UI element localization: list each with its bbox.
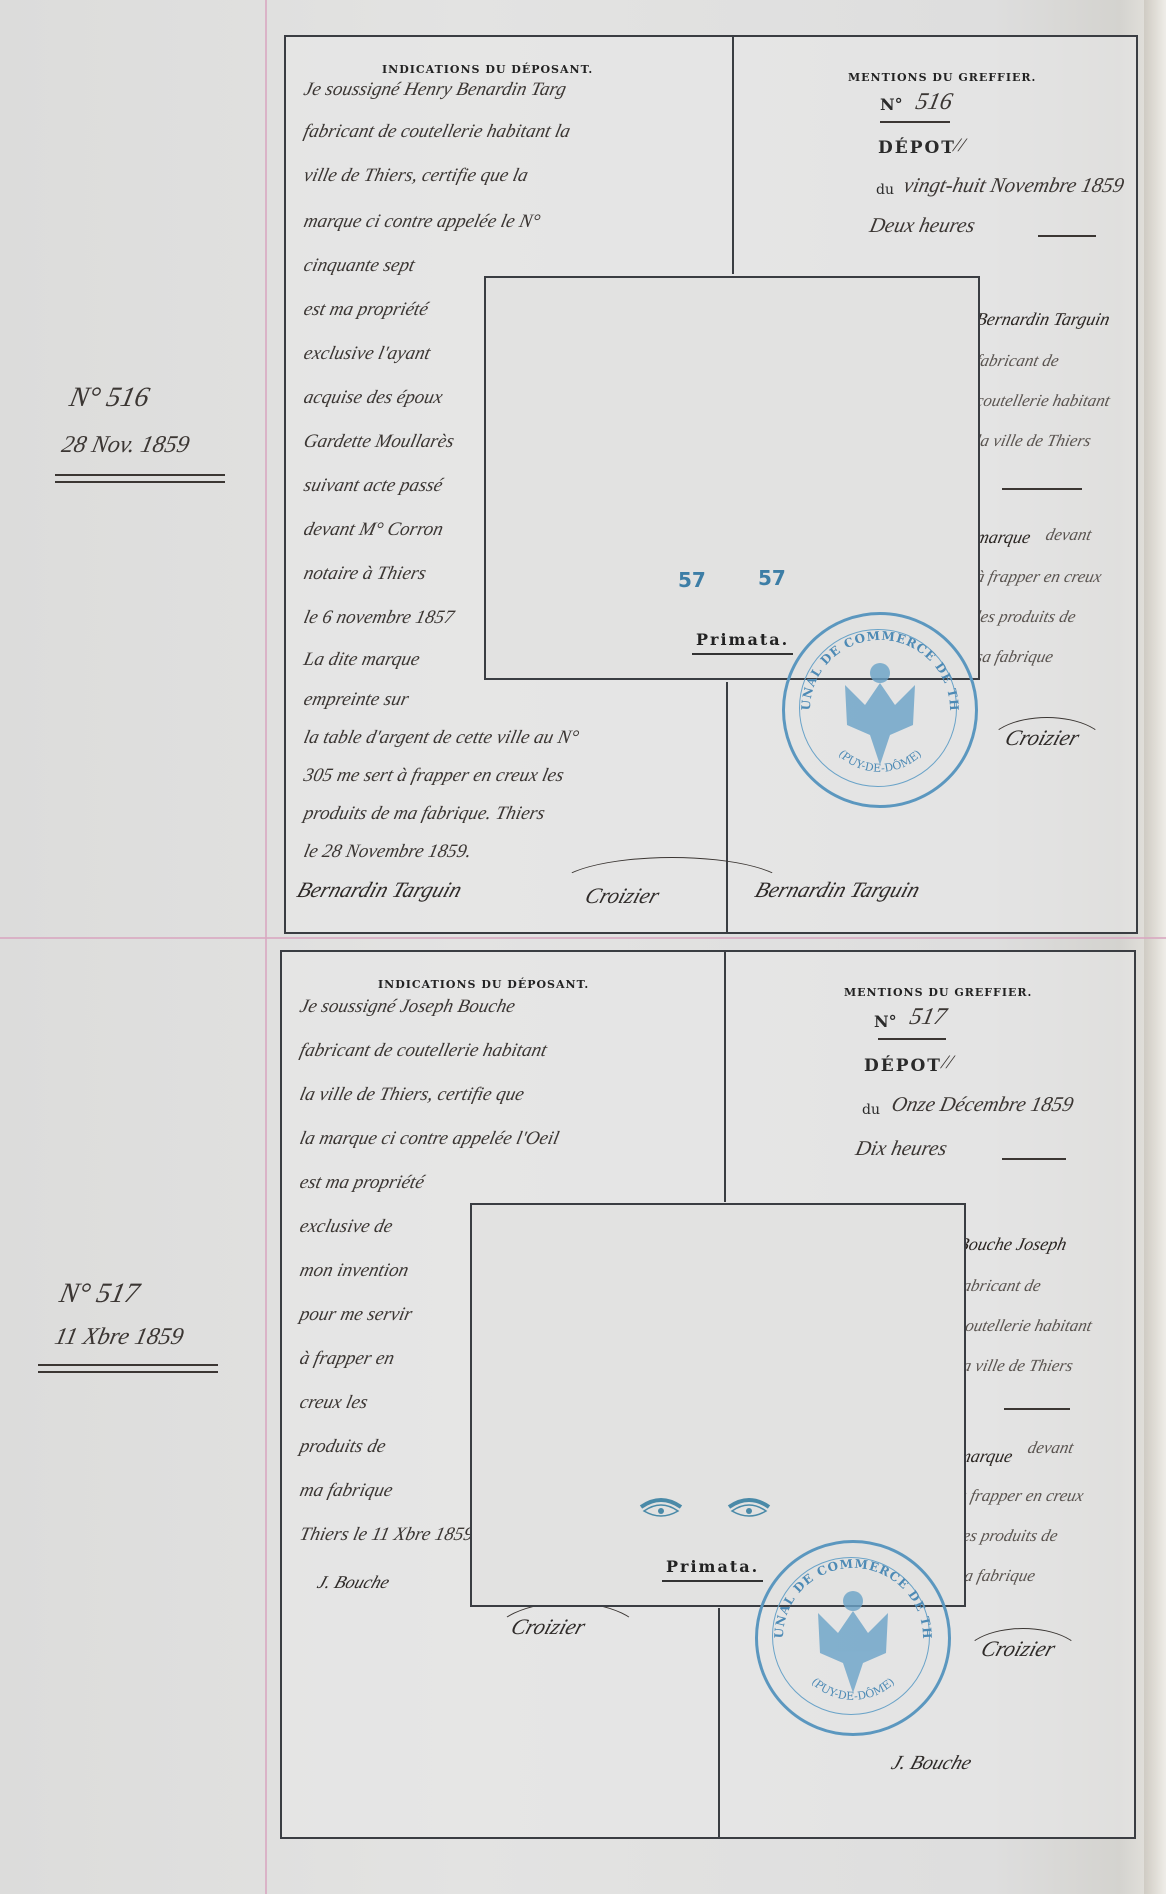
deposant-line: empreinte sur [302,689,411,711]
mark-caption: Primata. [662,1557,763,1582]
number-underline [878,1038,946,1040]
marque-line: sa fabrique [956,1566,1037,1586]
deposant-line: ville de Thiers, certifie que la [302,165,530,187]
deposant-line: produits de ma fabrique. Thiers [302,803,547,825]
signature-flourish [962,1628,1084,1690]
marque-label: marque [974,527,1033,548]
mark-impression: 57 [758,566,786,590]
deposant-line: est ma propriété [302,299,431,321]
margin-rule [55,474,225,483]
deposant-line: la table d'argent de cette ville au N° [302,727,581,749]
margin-entry-date: 11 Xbre 1859 [52,1324,186,1351]
marque-line: à frapper en creux [956,1486,1086,1506]
du-label: du [862,1102,880,1118]
deposant-line: Thiers le 11 Xbre 1859. [298,1524,481,1546]
deposant-line: suivant acte passé [302,475,445,497]
depot-label: DÉPOT [864,1056,942,1076]
deposant-line: acquise des époux [302,387,445,409]
deposant-line: pour me servir [298,1304,415,1326]
margin-entry-date: 28 Nov. 1859 [59,432,192,459]
depositor-line: coutellerie habitant [974,391,1112,411]
deposant-line: creux les [298,1392,370,1414]
deposant-line: la ville de Thiers, certifie que [298,1084,526,1106]
depot-label: DÉPOT [878,138,956,158]
deposant-line: mon invention [298,1260,411,1282]
deposant-line: La dite marque [302,649,422,671]
depositor-signature-right: Bernardin Targuin [752,877,924,903]
deposant-line: notaire à Thiers [302,563,428,585]
section-rule [1004,1408,1070,1410]
eagle-seal-icon: TRIBUNAL DE COMMERCE DE THIERS (PUY-DE-D… [785,615,975,805]
deposant-line: cinquante sept [302,255,417,277]
marque-line: sa fabrique [974,647,1055,667]
depositor-signature: Bernardin Targuin [294,877,466,903]
deposant-line: produits de [298,1436,388,1458]
margin-ruling-horizontal [0,937,1166,939]
signature-flourish [556,857,788,919]
deposant-line: exclusive l'ayant [302,343,433,365]
marque-line: à frapper en creux [974,567,1104,587]
deposit-date: vingt-huit Novembre 1859 [901,173,1126,198]
deposant-line: à frapper en [298,1348,397,1370]
deposant-line: ma fabrique [298,1480,395,1502]
time-rule [1038,235,1096,237]
signature-flourish [492,1602,644,1674]
register-page: N° 516 28 Nov. 1859 INDICATIONS DU DÉPOS… [0,0,1166,1894]
time-rule [1002,1158,1066,1160]
eagle-seal-icon: TRIBUNAL DE COMMERCE DE THIERS (PUY-DE-D… [758,1543,948,1733]
marque-line: devant [1044,525,1094,545]
eye-mark-icon [726,1495,772,1521]
eye-mark-icon [638,1495,684,1521]
margin-rule [38,1364,218,1373]
deposant-line: fabricant de coutellerie habitant [298,1040,549,1062]
deposant-line: 305 me sert à frapper en creux les [302,765,566,787]
margin-entry-number: N° 516 [67,382,153,414]
deposant-line: Gardette Moullarès [302,431,456,453]
deposant-line: est ma propriété [298,1172,427,1194]
depositor-line: la ville de Thiers [956,1356,1075,1376]
marque-line: les produits de [956,1526,1060,1546]
depositor-line: coutellerie habitant [956,1316,1094,1336]
deposant-line: fabricant de coutellerie habitant la [302,121,573,143]
deposant-line: Je soussigné Henry Benardin Targ [302,79,568,101]
tribunal-stamp: TRIBUNAL DE COMMERCE DE THIERS (PUY-DE-D… [755,1540,951,1736]
deposant-line: la marque ci contre appelée l'Oeil [298,1128,561,1150]
column-divider-top [732,37,734,274]
deposant-line: Je soussigné Joseph Bouche [298,996,517,1018]
signature-flourish [986,717,1108,779]
deposant-header: INDICATIONS DU DÉPOSANT. [382,63,593,76]
deposant-line: marque ci contre appelée le N° [302,211,542,233]
number-value: 517 [907,1004,949,1031]
marque-line: les produits de [974,607,1078,627]
depositor-name: Bouche Joseph [956,1234,1069,1255]
deposit-time: Dix heures [853,1136,949,1161]
tribunal-stamp: TRIBUNAL DE COMMERCE DE THIERS (PUY-DE-D… [782,612,978,808]
mark-impression: 57 [678,568,706,592]
marque-line: devant [1026,1438,1076,1458]
margin-entry-number: N° 517 [57,1278,143,1310]
number-label: N° [880,95,903,114]
column-divider-top [724,952,726,1202]
du-label: du [876,182,894,198]
column-divider-bottom [718,1608,720,1837]
mark-caption: Primata. [692,630,793,655]
depositor-line: fabricant de [956,1276,1043,1296]
page-edge [1144,0,1166,1894]
greffier-header: MENTIONS DU GREFFIER. [844,986,1032,999]
depositor-line: fabricant de [974,351,1061,371]
deposit-time: Deux heures [867,213,977,238]
greffier-header: MENTIONS DU GREFFIER. [848,71,1036,84]
number-value: 516 [913,89,955,116]
depositor-signature: J. Bouche [315,1572,393,1593]
deposant-line: le 28 Novembre 1859. [302,841,474,863]
deposit-date: Onze Décembre 1859 [889,1092,1075,1117]
depositor-signature-right: J. Bouche [888,1752,974,1775]
deposant-line: exclusive de [298,1216,395,1238]
number-underline [880,121,950,123]
section-rule [1002,488,1082,490]
depositor-line: la ville de Thiers [974,431,1093,451]
deposant-line: devant M° Corron [302,519,446,541]
deposant-header: INDICATIONS DU DÉPOSANT. [378,978,589,991]
margin-ruling-vertical [265,0,267,1894]
number-label: N° [874,1012,897,1031]
deposant-line: le 6 novembre 1857 [302,607,456,629]
depositor-name: Bernardin Targuin [974,309,1112,330]
